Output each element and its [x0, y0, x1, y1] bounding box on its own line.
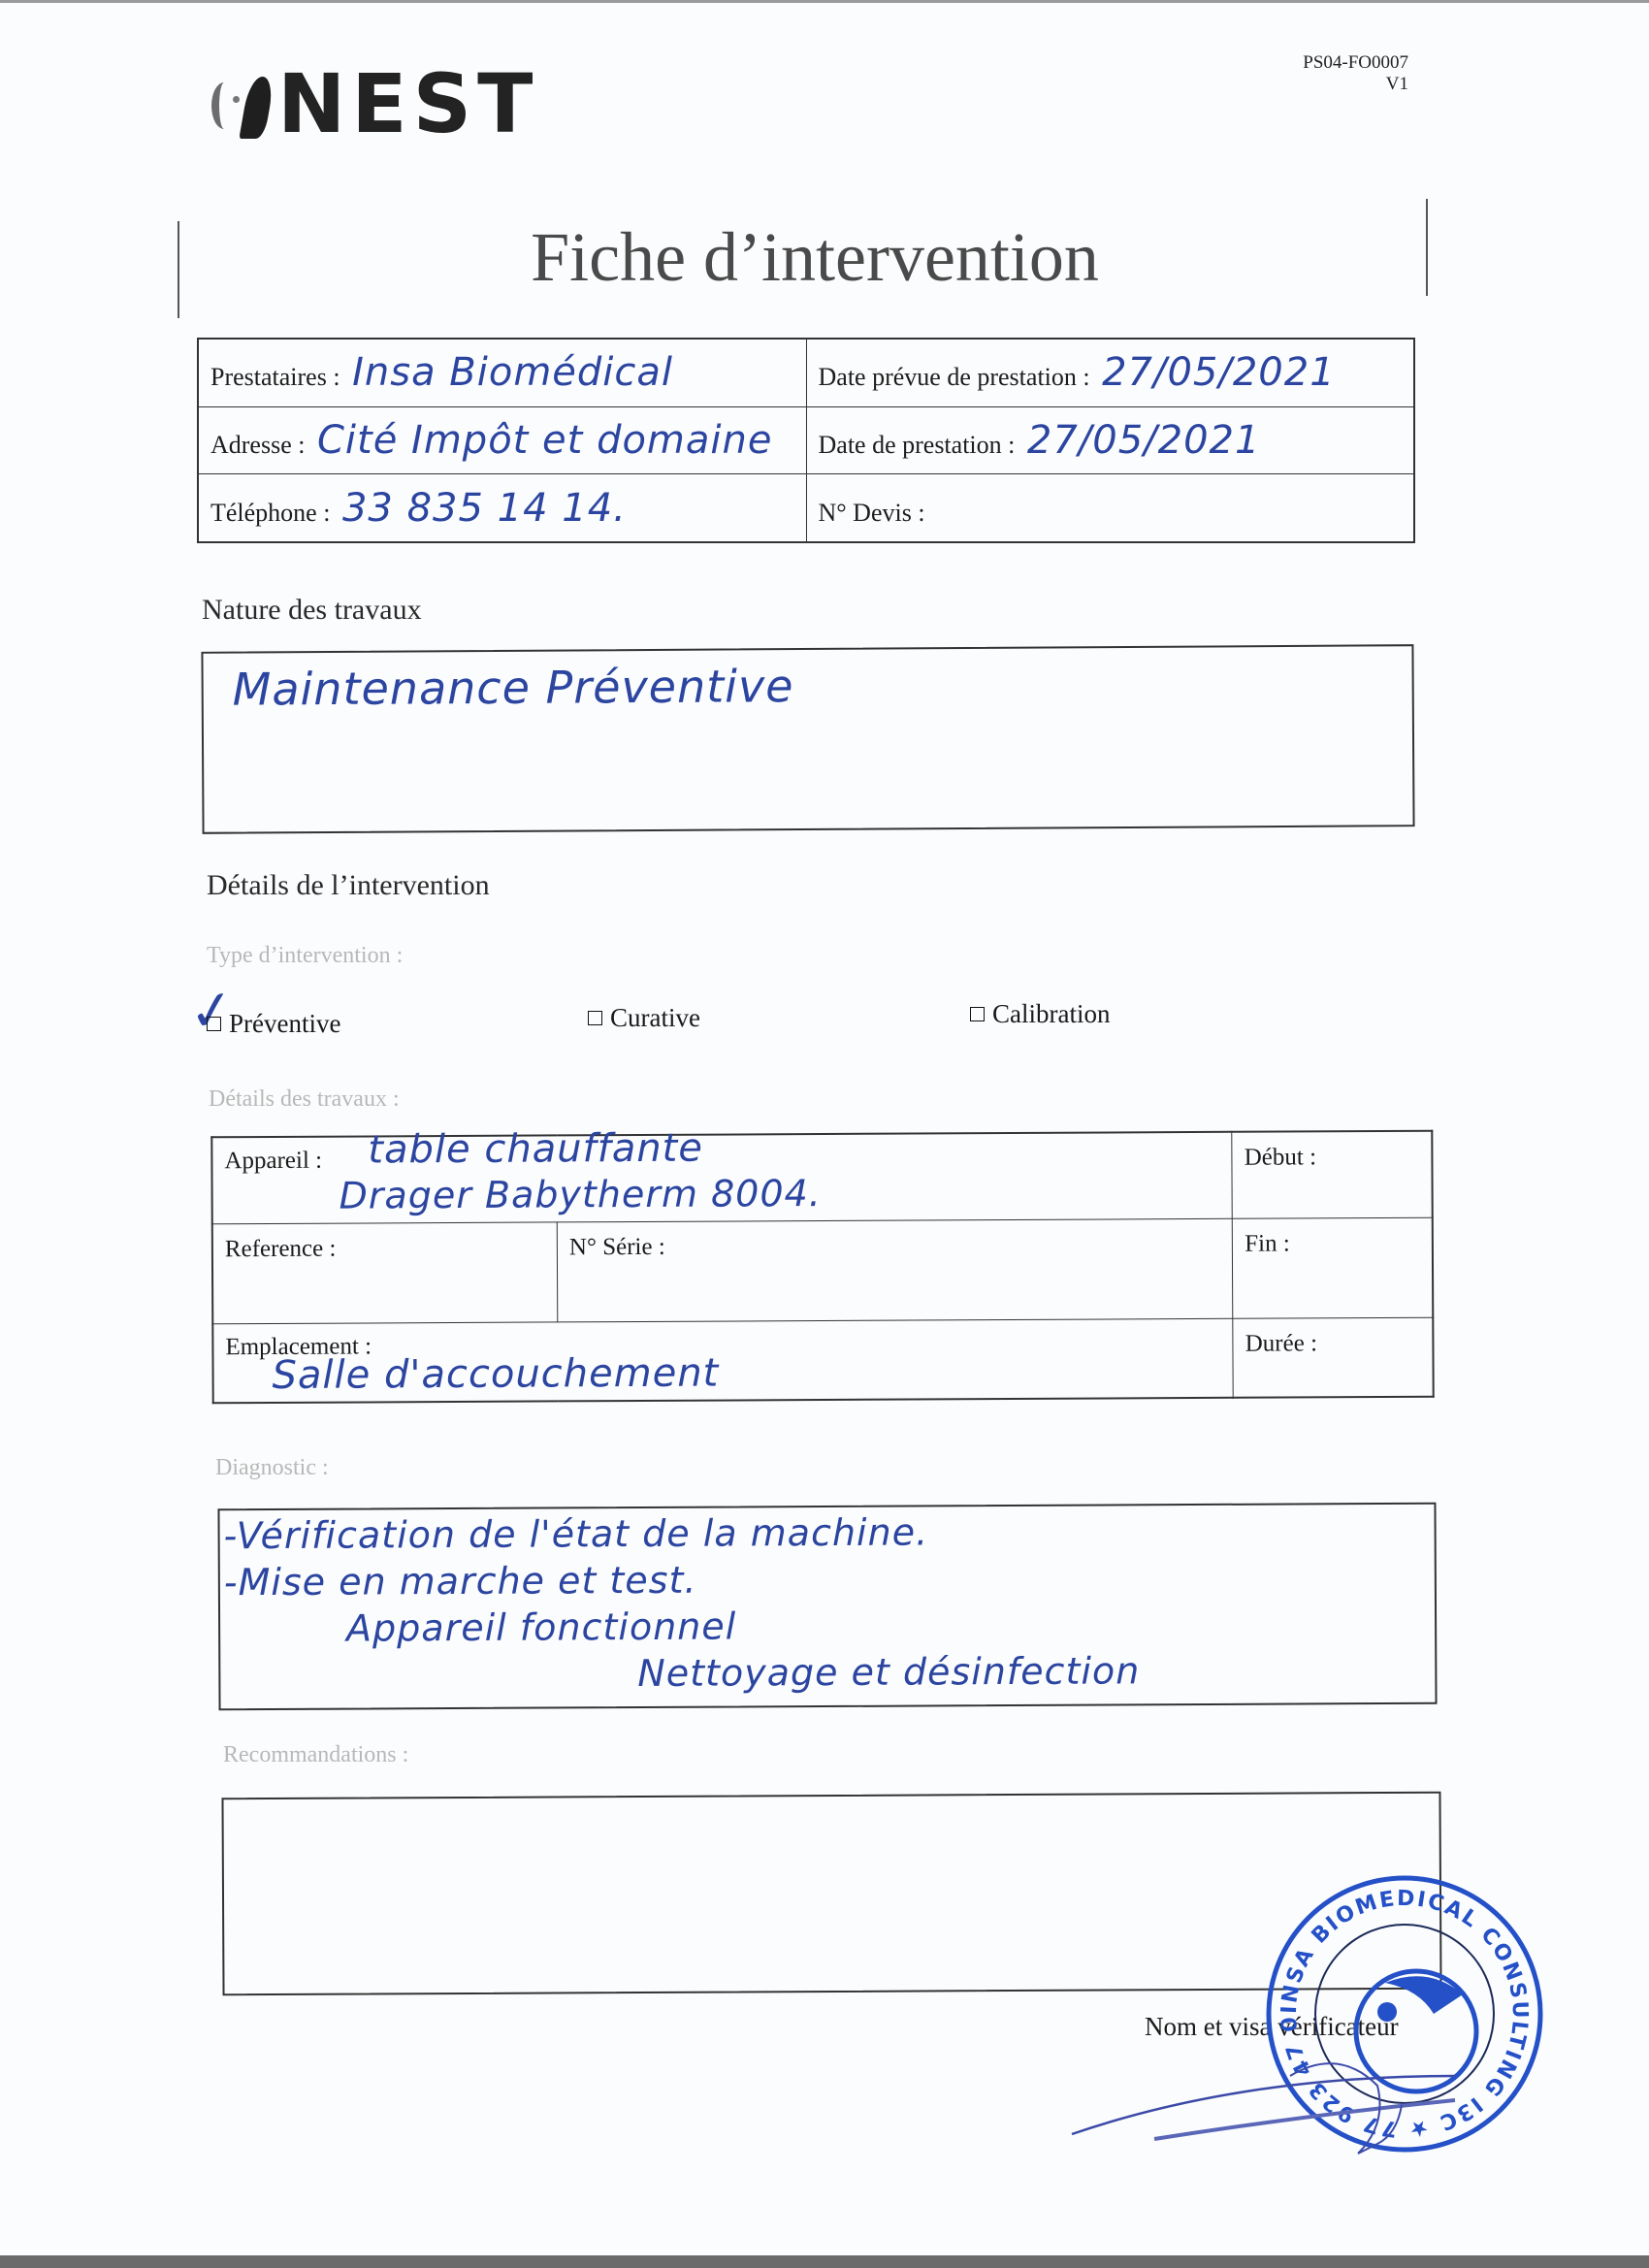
checkbox-preventive[interactable]: Préventive	[207, 1009, 340, 1039]
logo-mark-icon	[211, 65, 272, 143]
duree-cell[interactable]: Durée :	[1233, 1318, 1434, 1398]
date-prevue-cell[interactable]: Date prévue de prestation : 27/05/2021	[806, 339, 1414, 406]
serie-cell[interactable]: N° Série :	[557, 1218, 1233, 1322]
page-title: Fiche d’intervention	[0, 217, 1630, 298]
checkbox-box-preventive[interactable]	[207, 1017, 221, 1031]
appareil-value-line1: table chauffante	[368, 1126, 703, 1173]
recommandations-label: Recommandations :	[223, 1742, 408, 1768]
serie-label: N° Série :	[569, 1234, 665, 1261]
signature-icon	[1067, 2047, 1474, 2163]
company-logo: NEST	[211, 60, 538, 147]
date-prestation-cell[interactable]: Date de prestation : 27/05/2021	[806, 406, 1414, 474]
checkbox-curative[interactable]: Curative	[588, 1003, 700, 1033]
adresse-value: Cité Impôt et domaine	[317, 418, 773, 463]
date-prestation-label: Date de prestation :	[819, 431, 1016, 459]
details-section-label: Détails de l’intervention	[207, 869, 490, 902]
debut-label: Début :	[1245, 1144, 1316, 1170]
debut-cell[interactable]: Début :	[1232, 1131, 1433, 1218]
adresse-label: Adresse :	[210, 431, 305, 459]
telephone-cell[interactable]: Téléphone : 33 835 14 14.	[198, 474, 806, 542]
logo-text: NEST	[277, 63, 538, 145]
emplacement-value: Salle d'accouchement	[272, 1351, 719, 1398]
checkbox-box-curative[interactable]	[588, 1011, 602, 1025]
date-prevue-label: Date prévue de prestation :	[819, 363, 1090, 391]
nature-label: Nature des travaux	[202, 594, 422, 627]
devis-cell[interactable]: N° Devis :	[806, 474, 1414, 542]
telephone-label: Téléphone :	[210, 499, 330, 527]
checkbox-calibration[interactable]: Calibration	[970, 999, 1110, 1029]
prestataires-cell[interactable]: Prestataires : Insa Biomédical	[198, 339, 806, 406]
diagnostic-field[interactable]: -Vérification de l'état de la machine. -…	[217, 1503, 1437, 1711]
scan-edge-bottom	[0, 2255, 1649, 2268]
checkbox-label-preventive: Préventive	[229, 1009, 340, 1038]
emplacement-cell[interactable]: Emplacement : Salle d'accouchement	[212, 1319, 1233, 1404]
date-prevue-value: 27/05/2021	[1102, 350, 1336, 395]
diagnostic-line-4: Nettoyage et désinfection	[637, 1649, 1140, 1695]
adresse-cell[interactable]: Adresse : Cité Impôt et domaine	[198, 406, 806, 474]
doc-version: V1	[1303, 74, 1408, 95]
appareil-label: Appareil :	[224, 1148, 322, 1175]
diagnostic-line-2: -Mise en marche et test.	[224, 1559, 697, 1604]
nature-value: Maintenance Préventive	[233, 660, 794, 716]
telephone-value: 33 835 14 14.	[342, 486, 627, 531]
reference-cell[interactable]: Reference :	[212, 1222, 558, 1324]
document-reference: PS04-FO0007 V1	[1303, 52, 1408, 95]
checkbox-label-curative: Curative	[610, 1003, 700, 1032]
nature-field[interactable]: Maintenance Préventive	[201, 644, 1414, 834]
doc-ref-code: PS04-FO0007	[1303, 52, 1408, 74]
type-intervention-label: Type d’intervention :	[207, 943, 403, 969]
reference-label: Reference :	[225, 1235, 337, 1262]
duree-label: Durée :	[1245, 1331, 1317, 1357]
diagnostic-line-3: Appareil fonctionnel	[346, 1604, 736, 1649]
scan-edge-top	[0, 0, 1649, 3]
fin-cell[interactable]: Fin :	[1233, 1217, 1434, 1319]
diagnostic-label: Diagnostic :	[215, 1455, 329, 1481]
date-prestation-value: 27/05/2021	[1027, 418, 1261, 463]
checkbox-label-calibration: Calibration	[992, 999, 1110, 1028]
diagnostic-line-1: -Vérification de l'état de la machine.	[223, 1510, 928, 1557]
details-travaux-label: Détails des travaux :	[209, 1086, 400, 1113]
prestataires-label: Prestataires :	[210, 363, 340, 391]
equipment-details-table: Appareil : table chauffante Drager Babyt…	[210, 1130, 1434, 1405]
appareil-value-line2: Drager Babytherm 8004.	[339, 1172, 821, 1217]
devis-label: N° Devis :	[819, 499, 925, 527]
appareil-cell[interactable]: Appareil : table chauffante Drager Babyt…	[211, 1132, 1232, 1224]
fin-label: Fin :	[1245, 1230, 1290, 1256]
prestataires-value: Insa Biomédical	[352, 350, 673, 395]
provider-info-table: Prestataires : Insa Biomédical Date prév…	[197, 338, 1415, 543]
checkbox-box-calibration[interactable]	[970, 1007, 985, 1021]
